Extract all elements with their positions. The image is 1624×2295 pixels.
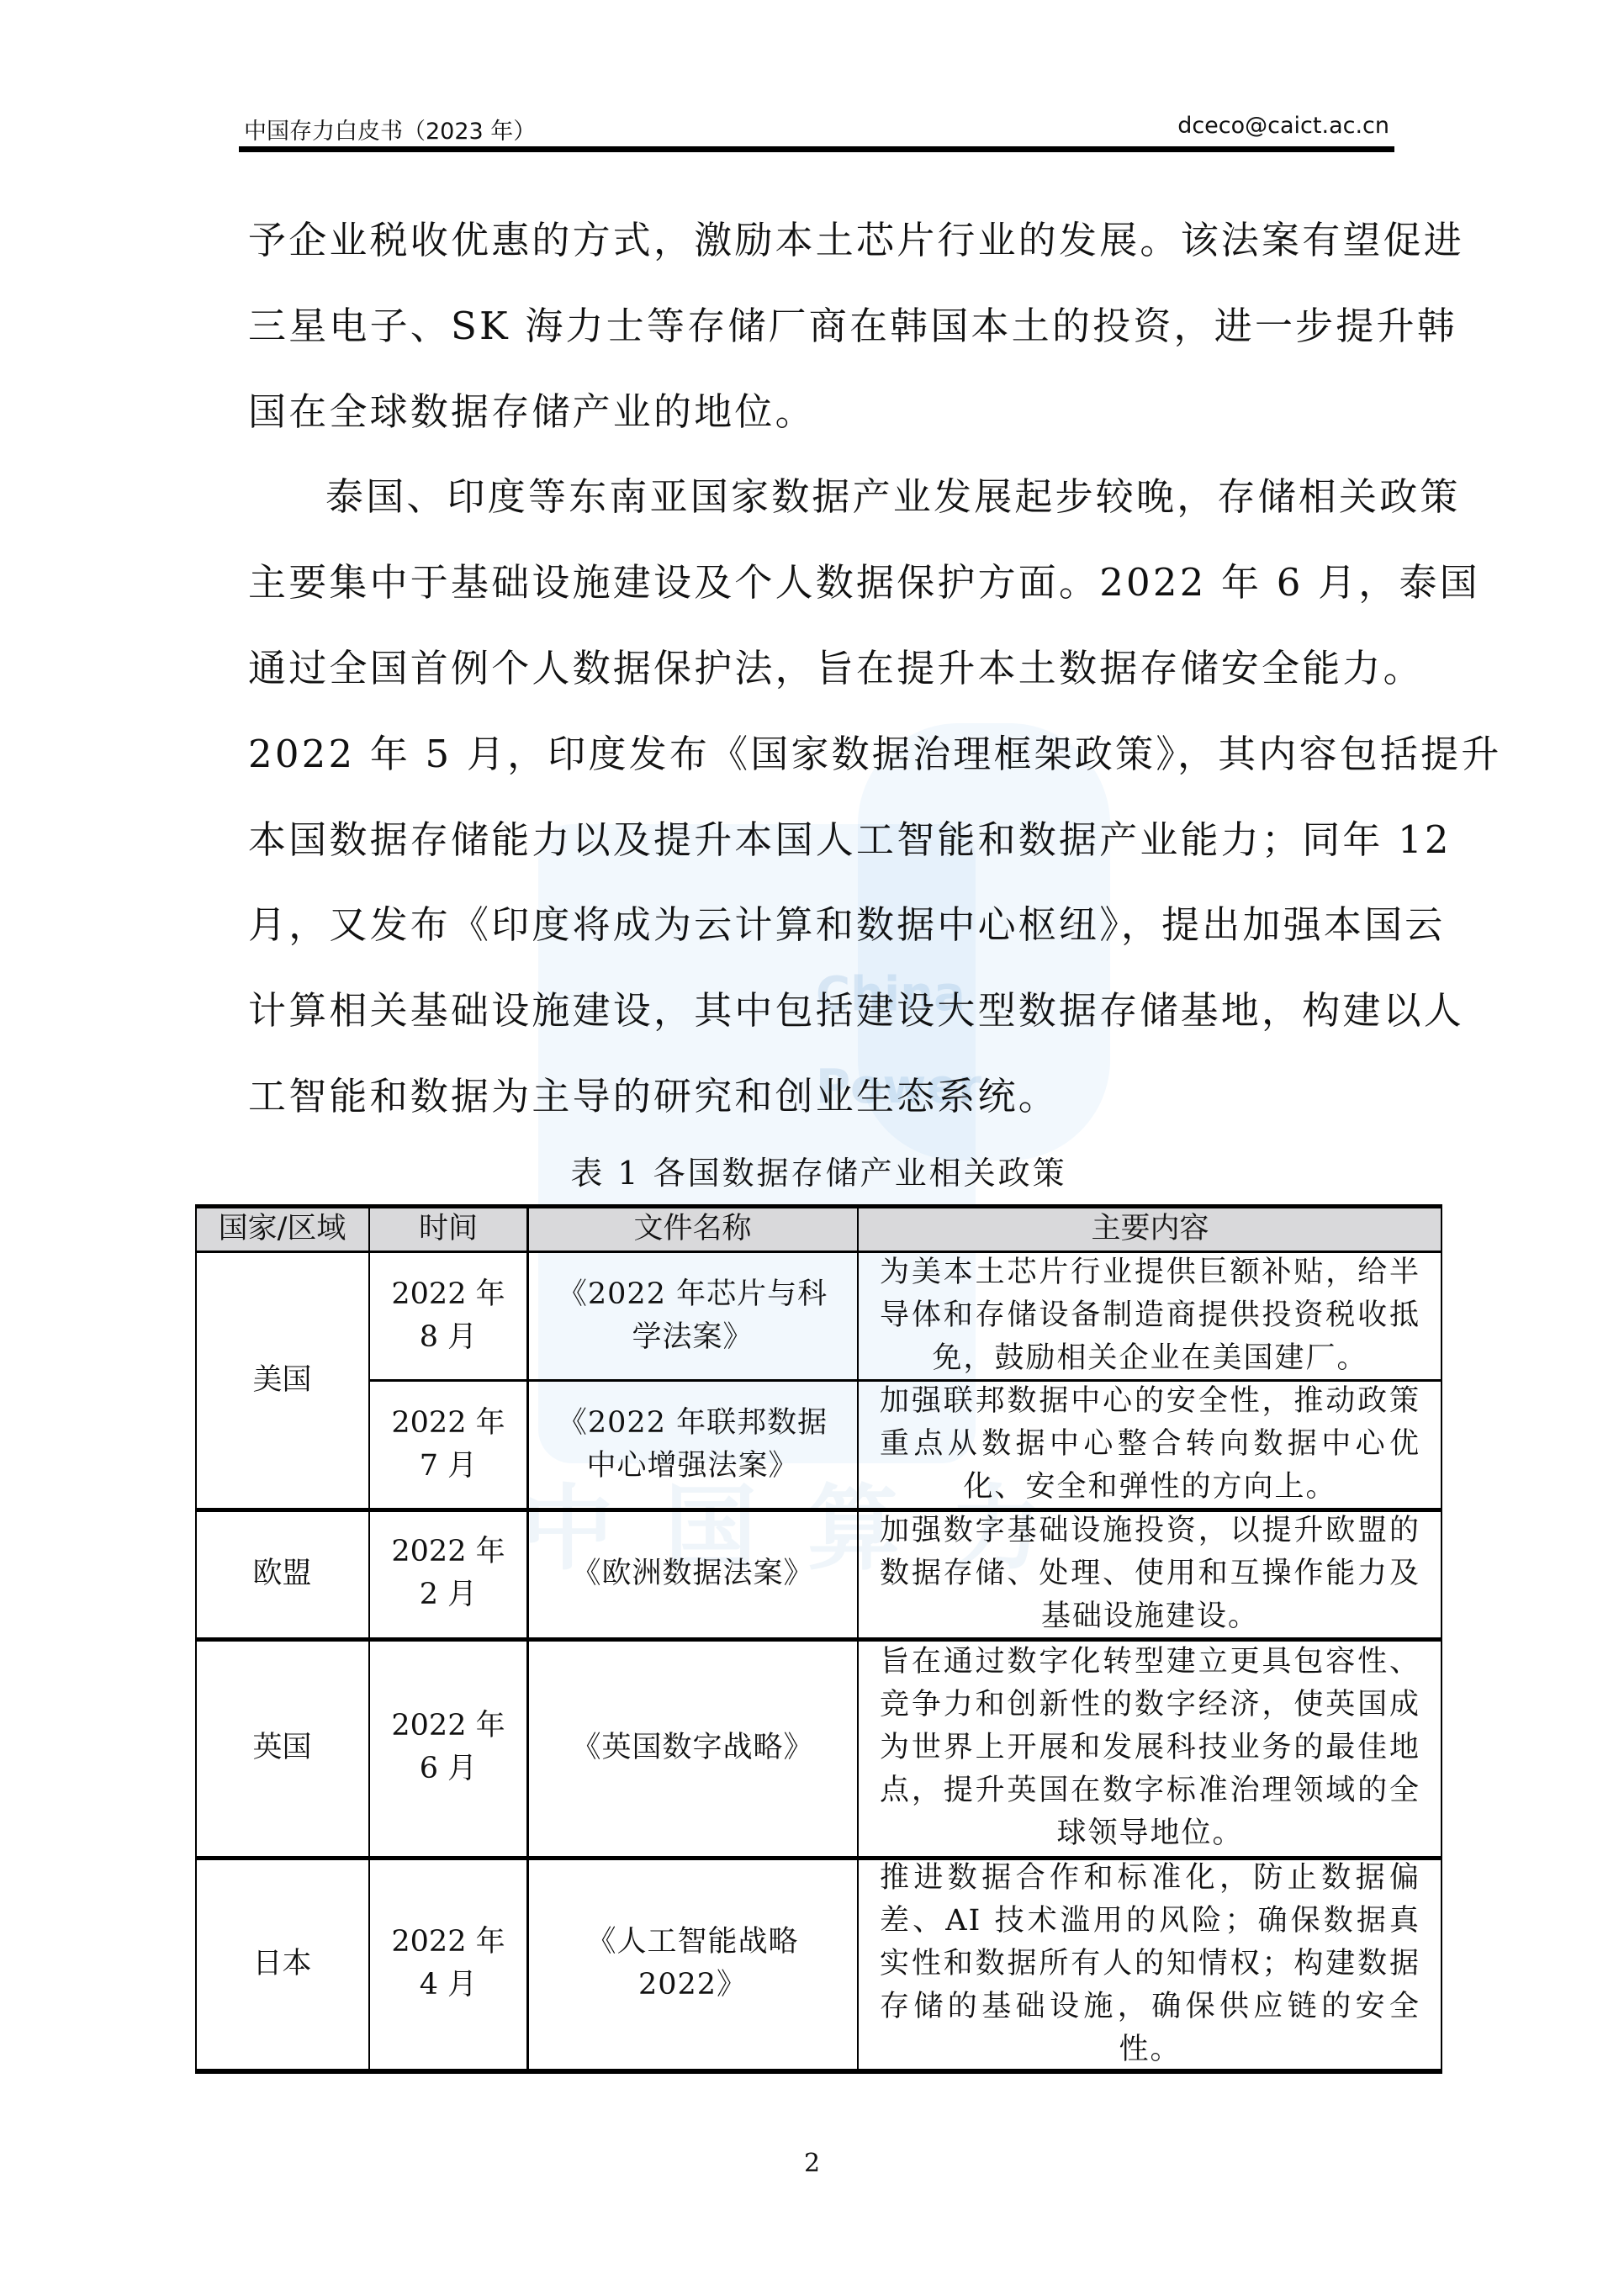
table-cell-content: 加强数字基础设施投资，以提升欧盟的数据存储、处理、使用和互操作能力及基础设施建设…	[858, 1509, 1442, 1638]
table-cell-region: 日本	[195, 1857, 369, 2070]
paragraph-line: 主要集中于基础设施建设及个人数据保护方面。2022 年 6 月，泰国	[248, 558, 1392, 608]
table-col-rule	[195, 1206, 197, 2072]
table-cell-content: 推进数据合作和标准化，防止数据偏差、AI 技术滥用的风险；确保数据真实性和数据所…	[858, 1857, 1442, 2070]
paragraph-line: 国在全球数据存储产业的地位。	[248, 387, 1392, 437]
table-cell-document: 《2022 年联邦数据中心增强法案》	[527, 1380, 858, 1509]
time-month: 6 月	[420, 1752, 477, 1785]
table-col-rule	[857, 1206, 859, 2072]
paragraph-line: 月，又发布《印度将成为云计算和数据中心枢纽》，提出加强本国云	[248, 900, 1392, 950]
content-text: 为美本土芯片行业提供巨额补贴，给半导体和存储设备制造商提供投资税收抵免，鼓励相关…	[858, 1251, 1442, 1380]
document-name: 《2022 年芯片与科学法案》	[532, 1273, 853, 1359]
table-cell-content: 为美本土芯片行业提供巨额补贴，给半导体和存储设备制造商提供投资税收抵免，鼓励相关…	[858, 1251, 1442, 1380]
table-cell-region: 欧盟	[195, 1509, 369, 1638]
table-header-rule	[195, 1251, 1442, 1253]
document-name: 《2022 年联邦数据中心增强法案》	[532, 1402, 853, 1488]
time-value: 2022 年2 月	[391, 1531, 505, 1616]
document-title: 中国存力白皮书（2023 年）	[244, 113, 536, 145]
table-row-rule	[369, 1379, 1442, 1382]
document-name-line: 学法案》	[632, 1320, 753, 1354]
table-bottom-rule	[195, 2069, 1442, 2074]
content-text: 加强数字基础设施投资，以提升欧盟的数据存储、处理、使用和互操作能力及基础设施建设…	[858, 1510, 1442, 1638]
table-row-rule	[195, 1637, 1442, 1642]
time-year: 2022 年	[391, 1277, 505, 1311]
time-month: 2 月	[420, 1578, 477, 1611]
table-header-region: 国家/区域	[195, 1206, 369, 1251]
time-year: 2022 年	[391, 1535, 505, 1568]
header-rule	[239, 146, 1394, 152]
document-name-line: 《2022 年芯片与科	[558, 1277, 828, 1311]
table-cell-content: 加强联邦数据中心的安全性，推动政策重点从数据中心整合转向数据中心优化、安全和弹性…	[858, 1380, 1442, 1509]
paragraph-line: 泰国、印度等东南亚国家数据产业发展起步较晚，存储相关政策	[248, 472, 1392, 522]
table-cell-time: 2022 年8 月	[369, 1251, 527, 1380]
table-cell-time: 2022 年4 月	[369, 1857, 527, 2070]
region-label: 英国	[252, 1727, 311, 1769]
header-label: 文件名称	[633, 1208, 751, 1251]
table-cell-document: 《欧洲数据法案》	[527, 1509, 858, 1638]
table-header-document: 文件名称	[527, 1206, 858, 1251]
table-cell-time: 2022 年7 月	[369, 1380, 527, 1509]
content-text: 加强联邦数据中心的安全性，推动政策重点从数据中心整合转向数据中心优化、安全和弹性…	[858, 1380, 1442, 1509]
time-month: 8 月	[420, 1320, 477, 1354]
table-col-rule	[1441, 1206, 1442, 2072]
table-cell-document: 《2022 年芯片与科学法案》	[527, 1251, 858, 1380]
content-text: 推进数据合作和标准化，防止数据偏差、AI 技术滥用的风险；确保数据真实性和数据所…	[858, 1857, 1442, 2071]
time-month: 4 月	[420, 1968, 477, 2002]
paragraph-line: 计算相关基础设施建设，其中包括建设大型数据存储基地，构建以人	[248, 986, 1392, 1036]
table-col-rule	[368, 1206, 370, 2072]
time-value: 2022 年8 月	[391, 1273, 505, 1359]
region-label: 欧盟	[252, 1552, 311, 1595]
time-value: 2022 年4 月	[391, 1921, 505, 2007]
time-year: 2022 年	[391, 1709, 505, 1742]
document-name-line: 《2022 年联邦数据	[558, 1406, 828, 1440]
paragraph-line: 本国数据存储能力以及提升本国人工智能和数据产业能力；同年 12	[248, 815, 1392, 865]
document-name: 《欧洲数据法案》	[546, 1552, 838, 1595]
table-cell-document: 《英国数字战略》	[527, 1638, 858, 1857]
time-year: 2022 年	[391, 1925, 505, 1959]
table-cell-region: 英国	[195, 1638, 369, 1857]
document-name-line: 《人工智能战略	[586, 1925, 798, 1959]
table-top-rule	[195, 1204, 1442, 1208]
table-row-rule	[195, 1856, 1442, 1860]
time-year: 2022 年	[391, 1406, 505, 1440]
table-header-time: 时间	[369, 1206, 527, 1251]
document-name: 《英国数字战略》	[546, 1727, 838, 1769]
table-cell-document: 《人工智能战略2022》	[527, 1857, 858, 2070]
paragraph-line: 2022 年 5 月，印度发布《国家数据治理框架政策》，其内容包括提升	[248, 729, 1392, 780]
table-cell-content: 旨在通过数字化转型建立更具包容性、竞争力和创新性的数字经济，使英国成为世界上开展…	[858, 1638, 1442, 1857]
time-month: 7 月	[420, 1449, 477, 1483]
contact-email: dceco@caict.ac.cn	[1177, 113, 1389, 139]
header-label: 主要内容	[1091, 1208, 1209, 1251]
page-number: 2	[0, 2149, 1624, 2178]
table-cell-time: 2022 年6 月	[369, 1638, 527, 1857]
running-header: 中国存力白皮书（2023 年） dceco@caict.ac.cn	[244, 109, 1389, 151]
paragraph-line: 予企业税收优惠的方式，激励本土芯片行业的发展。该法案有望促进	[248, 215, 1392, 266]
header-label: 国家/区域	[219, 1208, 346, 1251]
table-header-content: 主要内容	[858, 1206, 1442, 1251]
table-caption: 表 1 各国数据存储产业相关政策	[195, 1152, 1442, 1194]
document-name: 《人工智能战略2022》	[561, 1921, 823, 2007]
time-value: 2022 年6 月	[391, 1705, 505, 1790]
table-cell-region: 美国	[195, 1251, 369, 1509]
paragraph-line: 三星电子、SK 海力士等存储厂商在韩国本土的投资，进一步提升韩	[248, 301, 1392, 352]
region-label: 美国	[252, 1359, 311, 1402]
document-name-line: 2022》	[638, 1968, 747, 2002]
paragraph-line: 工智能和数据为主导的研究和创业生态系统。	[248, 1071, 1392, 1122]
table-col-rule	[526, 1206, 529, 2072]
header-label: 时间	[419, 1208, 478, 1251]
region-label: 日本	[252, 1943, 311, 1986]
time-value: 2022 年7 月	[391, 1402, 505, 1488]
content-text: 旨在通过数字化转型建立更具包容性、竞争力和创新性的数字经济，使英国成为世界上开展…	[858, 1641, 1442, 1855]
document-name-line: 中心增强法案》	[586, 1449, 798, 1483]
paragraph-line: 通过全国首例个人数据保护法，旨在提升本土数据存储安全能力。	[248, 643, 1392, 694]
table-row-rule	[195, 1508, 1442, 1512]
table-cell-time: 2022 年2 月	[369, 1509, 527, 1638]
